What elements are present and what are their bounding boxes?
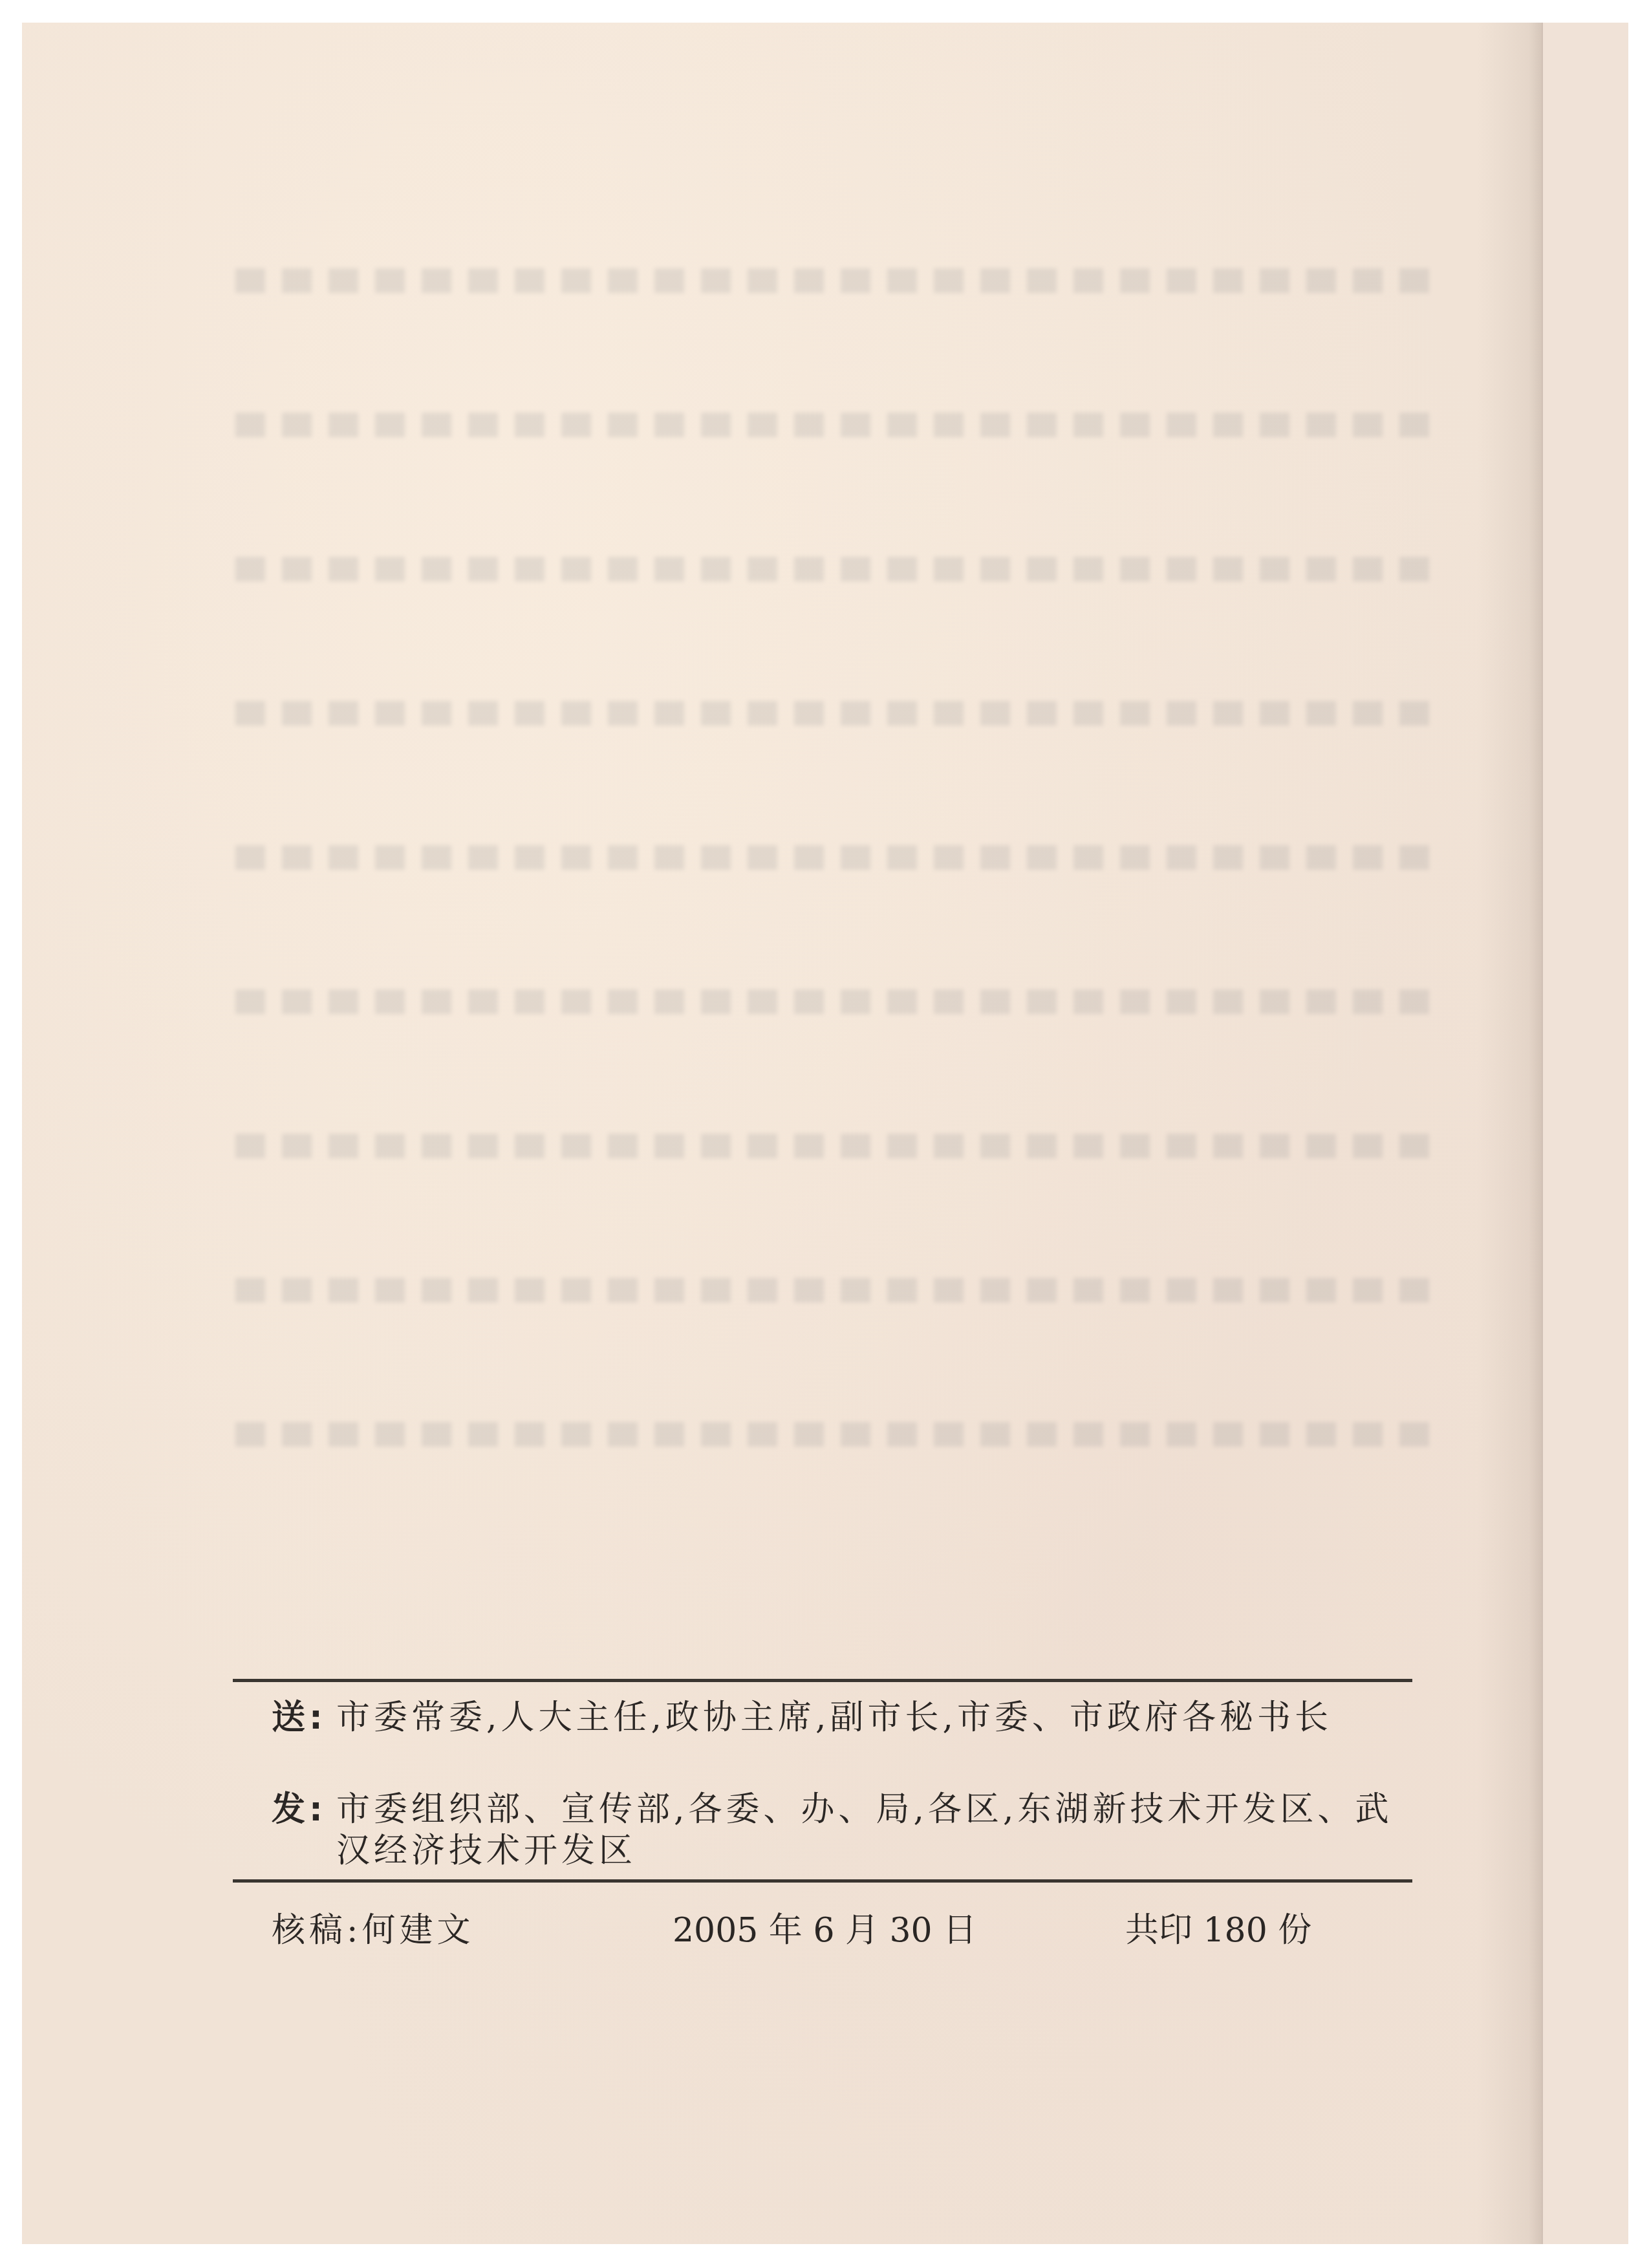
issue-date: 2005 年 6 月 30 日: [673, 1908, 976, 1953]
issue-to-block: 发: 市委组织部、宣传部,各委、办、局,各区,东湖新技术开发区、武汉经济技术开发…: [272, 1789, 1423, 1872]
send-to-block: 送: 市委常委,人大主任,政协主席,副市长,市委、市政府各秘书长: [272, 1697, 1423, 1738]
reviewer: 核稿:何建文: [272, 1908, 475, 1953]
binding-flap: [1542, 23, 1628, 2244]
print-count: 共印 180 份: [1125, 1908, 1311, 1953]
send-label: 送:: [272, 1697, 336, 1738]
distribution-bottom-rule: [233, 1879, 1412, 1883]
document-footer: 核稿:何建文 2005 年 6 月 30 日 共印 180 份: [272, 1908, 1423, 1953]
issue-label: 发:: [272, 1789, 336, 1830]
spine-shadow: [1477, 23, 1542, 2244]
send-recipients: 市委常委,人大主任,政协主席,副市长,市委、市政府各秘书长: [336, 1697, 1423, 1738]
issue-recipients: 市委组织部、宣传部,各委、办、局,各区,东湖新技术开发区、武汉经济技术开发区: [336, 1789, 1423, 1872]
show-through-text: [235, 268, 1438, 1626]
distribution-top-rule: [233, 1679, 1412, 1682]
